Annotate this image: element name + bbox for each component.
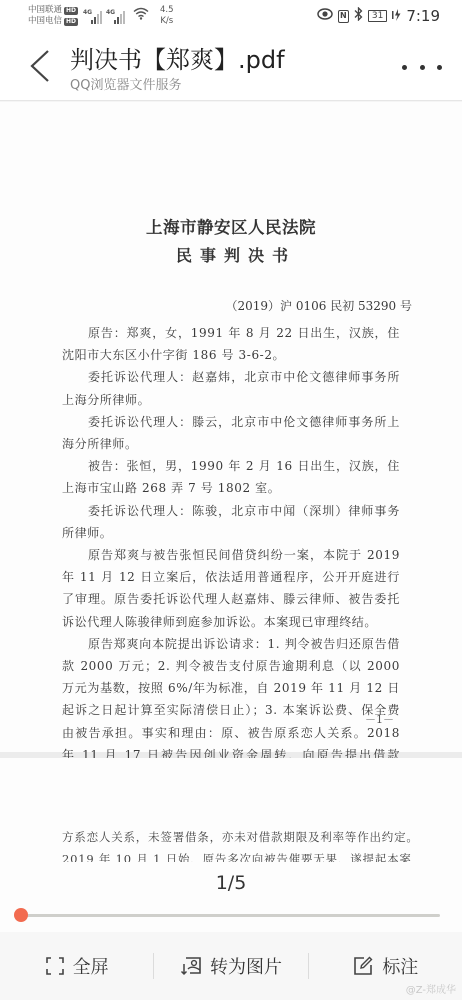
pdf-page-1: 上海市静安区人民法院 民事判决书 （2019）沪 0106 民初 53290 号…: [0, 102, 462, 752]
pdf-page-2: 方系恋人关系，未签署借条，亦未对借款期限及利率等作出约定。 2019 年 10 …: [0, 758, 462, 862]
judgment-body: 原告：郑爽，女，1991 年 8 月 22 日出生，汉族，住沈阳市大东区小什字街…: [62, 322, 400, 788]
carrier-2: 中国电信 HD: [28, 16, 78, 27]
charging-icon: [392, 9, 401, 24]
convert-to-image-button[interactable]: 转为图片: [154, 946, 307, 986]
page-navigator: 1/5: [0, 862, 462, 932]
bluetooth-icon: [354, 7, 363, 25]
hd-badge: HD: [64, 7, 78, 15]
bottom-toolbar: 全屏 转为图片 标注 @Z-郑成华: [0, 932, 462, 1000]
case-number: （2019）沪 0106 民初 53290 号: [225, 297, 412, 314]
page-2-text: 方系恋人关系，未签署借条，亦未对借款期限及利率等作出约定。 2019 年 10 …: [62, 826, 422, 862]
wifi-icon: [133, 7, 149, 24]
signal-strength-icon: 4G: [108, 10, 125, 24]
back-button[interactable]: [28, 48, 58, 84]
fullscreen-icon: [45, 956, 65, 976]
paragraph-plaintiff-agent-1: 委托诉讼代理人：赵嘉炜，北京市中伦文德律师事务所上海分所律师。: [62, 366, 400, 410]
carrier-name: 中国电信: [28, 16, 62, 27]
network-speed: 4.5 K/s: [160, 5, 174, 27]
text-line: 方系恋人关系，未签署借条，亦未对借款期限及利率等作出约定。: [62, 826, 422, 848]
carrier-name: 中国联通: [28, 5, 62, 16]
network-type: 4G: [106, 9, 115, 16]
system-status-icons: N 31 7:19: [317, 7, 440, 25]
convert-image-icon: [180, 955, 202, 977]
annotate-label: 标注: [382, 953, 418, 979]
edit-icon: [352, 955, 374, 977]
more-options-button[interactable]: [402, 60, 442, 74]
page-slider-track[interactable]: [20, 914, 440, 917]
paragraph-case-summary: 原告郑爽与被告张恒民间借贷纠纷一案，本院于 2019 年 11 月 12 日立案…: [62, 544, 400, 633]
paragraph-defendant-agent: 委托诉讼代理人：陈骏，北京市中闻（深圳）律师事务所律师。: [62, 500, 400, 544]
speed-value: 4.5: [160, 5, 174, 16]
text-line: 2019 年 10 月 1 日始，原告多次向被告催要无果，遂提起本案诉: [62, 848, 422, 862]
hd-badge: HD: [64, 18, 78, 26]
paragraph-plaintiff: 原告：郑爽，女，1991 年 8 月 22 日出生，汉族，住沈阳市大东区小什字街…: [62, 322, 400, 366]
paragraph-defendant: 被告：张恒，男，1990 年 2 月 16 日出生，汉族，住上海市宝山路 268…: [62, 455, 400, 499]
fullscreen-label: 全屏: [73, 953, 109, 979]
paragraph-plaintiff-agent-2: 委托诉讼代理人：滕云，北京市中伦文德律师事务所上海分所律师。: [62, 411, 400, 455]
file-title: 判决书【郑爽】.pdf: [70, 40, 285, 75]
carrier-1: 中国联通 HD: [28, 5, 78, 16]
signal-indicators: 4G 4G: [85, 7, 149, 24]
carrier-info: 中国联通 HD 中国电信 HD: [28, 5, 78, 27]
more-dot-icon: [402, 65, 407, 70]
weibo-watermark: @Z-郑成华: [406, 981, 456, 996]
annotate-button[interactable]: 标注: [309, 946, 462, 986]
nfc-icon: N: [338, 10, 349, 23]
page-footer-number: －1－: [365, 711, 394, 727]
document-type: 民事判决书: [0, 243, 462, 266]
page-slider-thumb[interactable]: [14, 908, 28, 922]
phone-screen: 中国联通 HD 中国电信 HD 4G 4G 4.5 K/s: [0, 0, 462, 1000]
eye-comfort-icon: [317, 8, 333, 24]
title-bar: 判决书【郑爽】.pdf QQ浏览器文件服务: [0, 34, 462, 101]
status-bar: 中国联通 HD 中国电信 HD 4G 4G 4.5 K/s: [0, 0, 462, 34]
fullscreen-button[interactable]: 全屏: [0, 946, 153, 986]
battery-icon: 31: [368, 10, 387, 22]
convert-to-image-label: 转为图片: [210, 953, 282, 979]
file-service-subtitle: QQ浏览器文件服务: [70, 74, 181, 93]
page-indicator: 1/5: [0, 872, 462, 894]
more-dot-icon: [420, 65, 425, 70]
pdf-viewer[interactable]: 上海市静安区人民法院 民事判决书 （2019）沪 0106 民初 53290 号…: [0, 102, 462, 862]
more-dot-icon: [437, 65, 442, 70]
network-type: 4G: [83, 9, 92, 16]
signal-strength-icon: 4G: [85, 10, 102, 24]
court-name: 上海市静安区人民法院: [0, 214, 462, 238]
clock: 7:19: [406, 7, 440, 25]
speed-unit: K/s: [160, 16, 174, 27]
chevron-left-icon: [28, 48, 52, 84]
